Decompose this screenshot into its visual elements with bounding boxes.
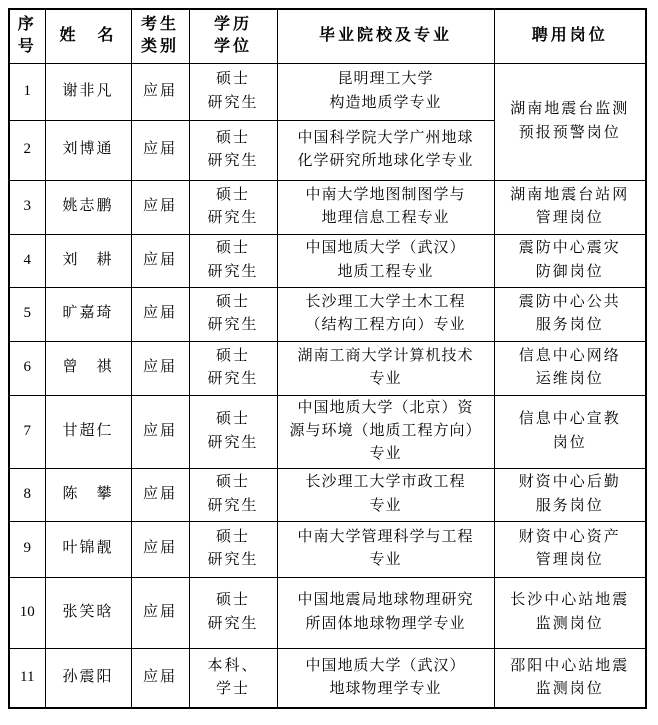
table-row: 3 姚志鹏 应届 硕士 研究生 中南大学地图制图学与 地理信息工程专业 湖南地震… xyxy=(9,180,646,234)
cell-degree: 硕士 研究生 xyxy=(189,395,277,468)
table-row: 7 甘超仁 应届 硕士 研究生 中国地质大学（北京）资 源与环境（地质工程方向）… xyxy=(9,395,646,468)
cell-no: 3 xyxy=(9,180,45,234)
cell-category: 应届 xyxy=(131,120,189,180)
cell-position: 震防中心震灾 防御岗位 xyxy=(494,234,646,287)
cell-position: 财资中心后勤 服务岗位 xyxy=(494,468,646,521)
cell-category: 应届 xyxy=(131,577,189,648)
cell-school: 中南大学管理科学与工程 专业 xyxy=(277,521,494,577)
cell-name: 叶锦靓 xyxy=(45,521,131,577)
cell-position: 湖南地震台站网 管理岗位 xyxy=(494,180,646,234)
cell-name: 孙震阳 xyxy=(45,648,131,708)
cell-name: 旷嘉琦 xyxy=(45,287,131,341)
header-cell-degree: 学历 学位 xyxy=(189,9,277,63)
table-row: 9 叶锦靓 应届 硕士 研究生 中南大学管理科学与工程 专业 财资中心资产 管理… xyxy=(9,521,646,577)
cell-position: 信息中心网络 运维岗位 xyxy=(494,341,646,395)
cell-school: 长沙理工大学市政工程 专业 xyxy=(277,468,494,521)
cell-school: 昆明理工大学 构造地质学专业 xyxy=(277,63,494,120)
cell-school: 中国地质大学（武汉） 地质工程专业 xyxy=(277,234,494,287)
cell-degree: 本科、 学士 xyxy=(189,648,277,708)
table-row: 4 刘 耕 应届 硕士 研究生 中国地质大学（武汉） 地质工程专业 震防中心震灾… xyxy=(9,234,646,287)
header-row: 序 号 姓 名 考生 类别 学历 学位 毕业院校及专业 聘用岗位 xyxy=(9,9,646,63)
table-row: 6 曾 祺 应届 硕士 研究生 湖南工商大学计算机技术 专业 信息中心网络 运维… xyxy=(9,341,646,395)
header-cell-position: 聘用岗位 xyxy=(494,9,646,63)
cell-school: 中南大学地图制图学与 地理信息工程专业 xyxy=(277,180,494,234)
cell-no: 5 xyxy=(9,287,45,341)
cell-category: 应届 xyxy=(131,234,189,287)
cell-no: 2 xyxy=(9,120,45,180)
cell-position: 邵阳中心站地震 监测岗位 xyxy=(494,648,646,708)
cell-category: 应届 xyxy=(131,468,189,521)
cell-no: 9 xyxy=(9,521,45,577)
cell-school: 中国科学院大学广州地球 化学研究所地球化学专业 xyxy=(277,120,494,180)
cell-name: 甘超仁 xyxy=(45,395,131,468)
cell-position: 长沙中心站地震 监测岗位 xyxy=(494,577,646,648)
cell-school: 中国地质大学（武汉） 地球物理学专业 xyxy=(277,648,494,708)
cell-degree: 硕士 研究生 xyxy=(189,577,277,648)
cell-no: 1 xyxy=(9,63,45,120)
cell-no: 6 xyxy=(9,341,45,395)
cell-name: 刘 耕 xyxy=(45,234,131,287)
recruitment-table: 序 号 姓 名 考生 类别 学历 学位 毕业院校及专业 聘用岗位 1 谢非凡 应… xyxy=(8,8,647,709)
cell-degree: 硕士 研究生 xyxy=(189,521,277,577)
cell-degree: 硕士 研究生 xyxy=(189,468,277,521)
table-row: 11 孙震阳 应届 本科、 学士 中国地质大学（武汉） 地球物理学专业 邵阳中心… xyxy=(9,648,646,708)
cell-no: 8 xyxy=(9,468,45,521)
cell-name: 陈 攀 xyxy=(45,468,131,521)
cell-school: 湖南工商大学计算机技术 专业 xyxy=(277,341,494,395)
cell-position: 震防中心公共 服务岗位 xyxy=(494,287,646,341)
table-row: 1 谢非凡 应届 硕士 研究生 昆明理工大学 构造地质学专业 湖南地震台监测 预… xyxy=(9,63,646,120)
cell-no: 7 xyxy=(9,395,45,468)
cell-degree: 硕士 研究生 xyxy=(189,341,277,395)
cell-category: 应届 xyxy=(131,287,189,341)
cell-category: 应届 xyxy=(131,395,189,468)
cell-name: 刘博通 xyxy=(45,120,131,180)
cell-position-merged: 湖南地震台监测 预报预警岗位 xyxy=(494,63,646,180)
cell-degree: 硕士 研究生 xyxy=(189,234,277,287)
cell-no: 4 xyxy=(9,234,45,287)
cell-degree: 硕士 研究生 xyxy=(189,287,277,341)
cell-category: 应届 xyxy=(131,521,189,577)
cell-school: 中国地质大学（北京）资 源与环境（地质工程方向） 专业 xyxy=(277,395,494,468)
cell-school: 长沙理工大学土木工程 （结构工程方向）专业 xyxy=(277,287,494,341)
cell-position: 信息中心宣教 岗位 xyxy=(494,395,646,468)
cell-degree: 硕士 研究生 xyxy=(189,120,277,180)
cell-category: 应届 xyxy=(131,341,189,395)
cell-name: 曾 祺 xyxy=(45,341,131,395)
cell-name: 姚志鹏 xyxy=(45,180,131,234)
cell-degree: 硕士 研究生 xyxy=(189,180,277,234)
cell-category: 应届 xyxy=(131,63,189,120)
header-cell-name: 姓 名 xyxy=(45,9,131,63)
header-cell-school: 毕业院校及专业 xyxy=(277,9,494,63)
cell-name: 张笑晗 xyxy=(45,577,131,648)
table-row: 5 旷嘉琦 应届 硕士 研究生 长沙理工大学土木工程 （结构工程方向）专业 震防… xyxy=(9,287,646,341)
cell-category: 应届 xyxy=(131,180,189,234)
cell-no: 11 xyxy=(9,648,45,708)
table-row: 8 陈 攀 应届 硕士 研究生 长沙理工大学市政工程 专业 财资中心后勤 服务岗… xyxy=(9,468,646,521)
header-cell-no: 序 号 xyxy=(9,9,45,63)
table-row: 10 张笑晗 应届 硕士 研究生 中国地震局地球物理研究 所固体地球物理学专业 … xyxy=(9,577,646,648)
cell-no: 10 xyxy=(9,577,45,648)
cell-position: 财资中心资产 管理岗位 xyxy=(494,521,646,577)
header-cell-category: 考生 类别 xyxy=(131,9,189,63)
cell-category: 应届 xyxy=(131,648,189,708)
cell-name: 谢非凡 xyxy=(45,63,131,120)
document-body: 序 号 姓 名 考生 类别 学历 学位 毕业院校及专业 聘用岗位 1 谢非凡 应… xyxy=(0,0,658,709)
cell-school: 中国地震局地球物理研究 所固体地球物理学专业 xyxy=(277,577,494,648)
cell-degree: 硕士 研究生 xyxy=(189,63,277,120)
